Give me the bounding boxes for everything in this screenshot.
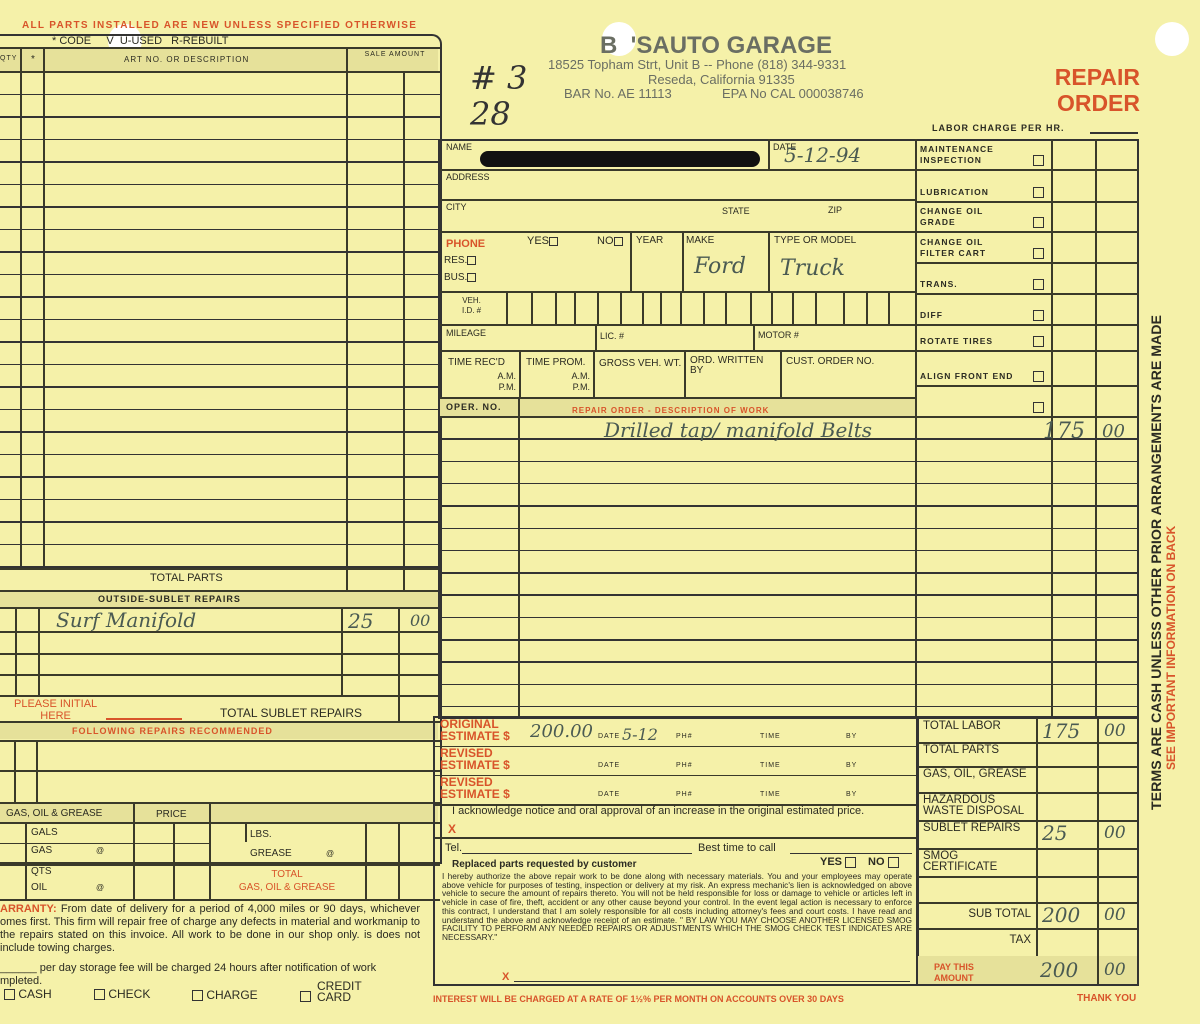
credit-card-checkbox[interactable] (300, 991, 311, 1002)
grease-at: @ (326, 849, 334, 858)
parts-row[interactable] (0, 161, 440, 163)
estimate-by-label: BY (846, 762, 857, 769)
model-label: TYPE OR MODEL (774, 235, 856, 246)
best-time-field[interactable]: Best time to call (698, 842, 776, 854)
vin-cell-divider (506, 291, 508, 324)
ro-number: # 328 (470, 60, 540, 132)
warranty-text: ARRANTY: From date of delivery for a per… (0, 903, 420, 955)
parts-row[interactable] (0, 521, 440, 523)
work-row[interactable] (440, 594, 1139, 596)
please-initial-label: PLEASE INITIAL HERE (14, 698, 97, 722)
sale-amount-header: SALE AMOUNT (360, 50, 430, 60)
service-checkbox[interactable] (1033, 187, 1044, 198)
parts-row[interactable] (0, 454, 440, 456)
service-checkbox[interactable] (1033, 371, 1044, 382)
totals-label: SUB TOTAL (923, 909, 1031, 920)
parts-row[interactable] (0, 229, 440, 231)
qty-header: QTY (0, 55, 17, 62)
replaced-parts-label: Replaced parts requested by customer (452, 859, 637, 870)
total-sublet-label: TOTAL SUBLET REPAIRS (220, 706, 362, 720)
acknowledge-text: I acknowledge notice and oral approval o… (452, 805, 864, 817)
work-description-header: REPAIR ORDER - DESCRIPTION OF WORK (572, 406, 769, 415)
vin-cell-divider (555, 291, 557, 324)
sublet-row-1-cents: 00 (410, 611, 430, 630)
punch-hole (1155, 22, 1189, 56)
vin-cell-divider (642, 291, 644, 324)
totals-cents[interactable]: 00 (1104, 721, 1126, 741)
legal-text: I hereby authorize the above repair work… (442, 872, 912, 942)
code-header: * (31, 54, 35, 65)
estimate-date-label: DATE (598, 791, 620, 798)
parts-row[interactable] (0, 499, 440, 501)
oper-no-label: OPER. NO. (446, 402, 502, 412)
sublet-row-1-description: Surf Manifold (56, 608, 196, 632)
parts-row[interactable] (0, 274, 440, 276)
vin-cell-divider (792, 291, 794, 324)
estimate-value[interactable]: 200.00 (530, 721, 593, 742)
work-row[interactable] (440, 684, 1139, 686)
parts-row[interactable] (0, 431, 440, 433)
check-checkbox[interactable] (94, 989, 105, 1000)
totals-label: TOTAL LABOR (923, 721, 1031, 732)
document-title: REPAIR ORDER (1036, 64, 1140, 116)
written-by-label: ORD. WRITTEN BY (690, 356, 763, 376)
time-prom-ampm: A.M. P.M. (566, 371, 590, 393)
payment-charge[interactable]: CHARGE (192, 988, 258, 1002)
totals-label: HAZARDOUS WASTE DISPOSAL (923, 795, 1031, 817)
make-label: MAKE (686, 235, 714, 246)
phone-label: PHONE (446, 238, 485, 250)
zip-label: ZIP (828, 205, 842, 215)
work-row[interactable] (440, 639, 1139, 641)
terms-side-text: TERMS ARE CASH UNLESS OTHER PRIOR ARRANG… (1150, 210, 1178, 810)
work-row[interactable] (440, 706, 1139, 708)
business-city: Reseda, California 91335 (648, 72, 795, 87)
totals-amount[interactable]: 25 (1042, 821, 1067, 845)
service-item[interactable]: DIFF (920, 296, 1044, 323)
qts-label: QTS (31, 866, 52, 877)
pay-amount-value: 200 (1040, 958, 1078, 982)
parts-row[interactable] (0, 184, 440, 186)
tel-field[interactable]: Tel. (445, 842, 462, 854)
state-label: STATE (722, 206, 750, 216)
recommended-header: FOLLOWING REPAIRS RECOMMENDED (72, 726, 273, 736)
work-row[interactable] (440, 505, 1139, 507)
work-line-1-cents: 00 (1102, 421, 1125, 442)
service-item[interactable]: ALIGN FRONT END (920, 353, 1044, 384)
totals-cents[interactable]: 00 (1104, 905, 1126, 925)
code-legend: * CODE V U-USED R-REBUILT (52, 35, 228, 47)
work-row[interactable] (440, 461, 1139, 463)
total-parts-label: TOTAL PARTS (150, 572, 223, 584)
estimate-date-label: DATE (598, 733, 620, 740)
repair-order-form: ALL PARTS INSTALLED ARE NEW UNLESS SPECI… (0, 0, 1200, 1024)
vin-cell-divider (750, 291, 752, 324)
name-redaction (480, 151, 760, 167)
service-checkbox[interactable] (1033, 279, 1044, 290)
business-bar-no: BAR No. AE 11113 (564, 86, 672, 101)
parts-notice: ALL PARTS INSTALLED ARE NEW UNLESS SPECI… (22, 20, 417, 31)
service-item[interactable]: CHANGE OIL FILTER CART (920, 234, 1044, 261)
vin-cell-divider (660, 291, 662, 324)
phone-yes-checkbox[interactable] (549, 237, 558, 246)
phone-yes[interactable]: YES (527, 235, 558, 247)
totals-label: TAX (923, 935, 1031, 946)
totals-amount[interactable]: 200 (1042, 903, 1080, 927)
work-row[interactable] (440, 483, 1139, 485)
year-label: YEAR (636, 235, 663, 246)
work-line-1-description: Drilled tap/ manifold Belts (604, 418, 872, 442)
signature-line[interactable] (514, 981, 910, 982)
time-recd-label: TIME REC'D (448, 357, 505, 368)
estimate-time-label: TIME (760, 733, 781, 740)
res-checkbox[interactable] (467, 256, 476, 265)
mileage-label: MILEAGE (446, 328, 486, 338)
estimate-label: REVISEDESTIMATE $ (440, 776, 510, 800)
total-gas-oil-label: TOTAL GAS, OIL & GREASE (212, 868, 362, 894)
time-prom-label: TIME PROM. (526, 357, 585, 368)
pay-amount-label: PAY THIS AMOUNT (934, 962, 974, 984)
sublet-header: OUTSIDE-SUBLET REPAIRS (98, 594, 241, 604)
parts-row[interactable] (0, 341, 440, 343)
payment-cash[interactable]: CASH (4, 987, 52, 1001)
vin-cell-divider (888, 291, 890, 324)
estimate-ph-label: PH# (676, 762, 693, 769)
charge-checkbox[interactable] (192, 990, 203, 1001)
business-name: B 'SAUTO GARAGE (600, 32, 832, 60)
replaced-parts-no[interactable]: NO (868, 856, 899, 868)
gvw-label: GROSS VEH. WT. (599, 358, 681, 369)
pay-amount-cents: 00 (1104, 960, 1126, 980)
service-checkbox[interactable] (1033, 310, 1044, 321)
acknowledge-signature-x[interactable]: X (448, 822, 456, 836)
totals-amount[interactable]: 175 (1042, 719, 1080, 743)
authorization-signature-x[interactable]: X (502, 971, 509, 983)
estimate-time-label: TIME (760, 762, 781, 769)
parts-row[interactable] (0, 319, 440, 321)
work-row[interactable] (440, 550, 1139, 552)
vin-label: VEH. I.D. # (462, 296, 481, 316)
make-value: Ford (694, 254, 746, 279)
parts-row[interactable] (0, 94, 440, 96)
interest-notice: INTEREST WILL BE CHARGED AT A RATE OF 1½… (433, 994, 844, 1004)
replaced-parts-yes-checkbox[interactable] (845, 857, 856, 868)
parts-row[interactable] (0, 139, 440, 141)
cash-checkbox[interactable] (4, 989, 15, 1000)
motor-label: MOTOR # (758, 330, 799, 340)
parts-row[interactable] (0, 296, 440, 298)
work-line-1-amount: 175 (1043, 419, 1085, 444)
lic-label: LIC. # (600, 331, 624, 341)
address-label: ADDRESS (446, 172, 490, 182)
estimate-label: ORIGINALESTIMATE $ (440, 718, 510, 742)
totals-label: SUBLET REPAIRS (923, 823, 1031, 834)
vin-cell-divider (680, 291, 682, 324)
grease-label: GREASE (250, 848, 292, 859)
service-item[interactable]: ROTATE TIRES (920, 327, 1044, 349)
payment-check[interactable]: CHECK (94, 987, 150, 1001)
parts-row[interactable] (0, 116, 440, 118)
work-row[interactable] (440, 572, 1139, 574)
vin-cell-divider (866, 291, 868, 324)
estimate-time-label: TIME (760, 791, 781, 798)
work-row[interactable] (440, 617, 1139, 619)
business-address: 18525 Topham Strt, Unit B -- Phone (818)… (548, 57, 846, 72)
estimate-date-value[interactable]: 5-12 (622, 725, 658, 744)
vin-cell-divider (574, 291, 576, 324)
work-row[interactable] (440, 528, 1139, 530)
vin-cell-divider (725, 291, 727, 324)
service-checkbox[interactable] (1033, 217, 1044, 228)
service-item[interactable]: LUBRICATION (920, 172, 1044, 200)
estimate-by-label: BY (846, 733, 857, 740)
estimate-ph-label: PH# (676, 733, 693, 740)
replaced-parts-yes[interactable]: YES (820, 856, 856, 868)
service-item[interactable]: CHANGE OIL GRADE (920, 204, 1044, 230)
parts-row[interactable] (0, 251, 440, 253)
service-item[interactable] (920, 388, 1044, 415)
vin-cell-divider (703, 291, 705, 324)
totals-label: GAS, OIL, GREASE (923, 769, 1031, 780)
phone-res[interactable]: RES. (444, 255, 476, 266)
service-checkbox[interactable] (1033, 248, 1044, 259)
vin-cell-divider (843, 291, 845, 324)
parts-row[interactable] (0, 386, 440, 388)
totals-cents[interactable]: 00 (1104, 823, 1126, 843)
parts-row[interactable] (0, 476, 440, 478)
phone-no-checkbox[interactable] (614, 237, 623, 246)
vin-cell-divider (620, 291, 622, 324)
gas-at: @ (96, 846, 104, 855)
description-header: ART NO. OR DESCRIPTION (124, 55, 249, 64)
business-epa-no: EPA No CAL 000038746 (722, 86, 864, 101)
labor-charge-line[interactable] (1090, 132, 1138, 134)
price-header: PRICE (156, 809, 187, 820)
gas-label: GAS (31, 845, 52, 856)
service-item[interactable]: TRANS. (920, 265, 1044, 292)
lbs-label: LBS. (250, 829, 272, 840)
estimate-label: REVISEDESTIMATE $ (440, 747, 510, 771)
vin-cell-divider (597, 291, 599, 324)
time-recd-ampm: A.M. P.M. (492, 371, 516, 393)
model-value: Truck (780, 256, 845, 281)
service-item[interactable]: MAINTENANCE INSPECTION (920, 142, 1044, 168)
oil-at: @ (96, 883, 104, 892)
gals-label: GALS (31, 827, 58, 838)
vin-cell-divider (815, 291, 817, 324)
name-label: NAME (446, 142, 472, 152)
oil-label: OIL (31, 882, 47, 893)
payment-credit-card[interactable]: CREDIT CARD (300, 981, 363, 1003)
sublet-row-1-amount: 25 (348, 609, 373, 633)
city-label: CITY (446, 202, 467, 212)
parts-row[interactable] (0, 206, 440, 208)
date-value: 5-12-94 (784, 143, 861, 167)
work-row[interactable] (440, 661, 1139, 663)
vin-cell-divider (771, 291, 773, 324)
service-checkbox[interactable] (1033, 155, 1044, 166)
parts-row[interactable] (0, 409, 440, 411)
cust-order-label: CUST. ORDER NO. (786, 356, 874, 367)
service-checkbox[interactable] (1033, 402, 1044, 413)
estimate-date-label: DATE (598, 762, 620, 769)
estimate-ph-label: PH# (676, 791, 693, 798)
initial-line[interactable] (106, 718, 182, 720)
totals-label: SMOG CERTIFICATE (923, 851, 1031, 873)
totals-label: TOTAL PARTS (923, 745, 1031, 756)
labor-charge-label: LABOR CHARGE PER HR. (932, 123, 1065, 133)
parts-row[interactable] (0, 544, 440, 546)
bus-checkbox[interactable] (467, 273, 476, 282)
phone-no[interactable]: NO (597, 235, 623, 247)
estimate-by-label: BY (846, 791, 857, 798)
gas-oil-header: GAS, OIL & GREASE (6, 808, 102, 819)
vin-cell-divider (531, 291, 533, 324)
thank-you: THANK YOU (1077, 993, 1136, 1004)
service-checkbox[interactable] (1033, 336, 1044, 347)
phone-bus[interactable]: BUS. (444, 272, 476, 283)
parts-row[interactable] (0, 364, 440, 366)
replaced-parts-no-checkbox[interactable] (888, 857, 899, 868)
